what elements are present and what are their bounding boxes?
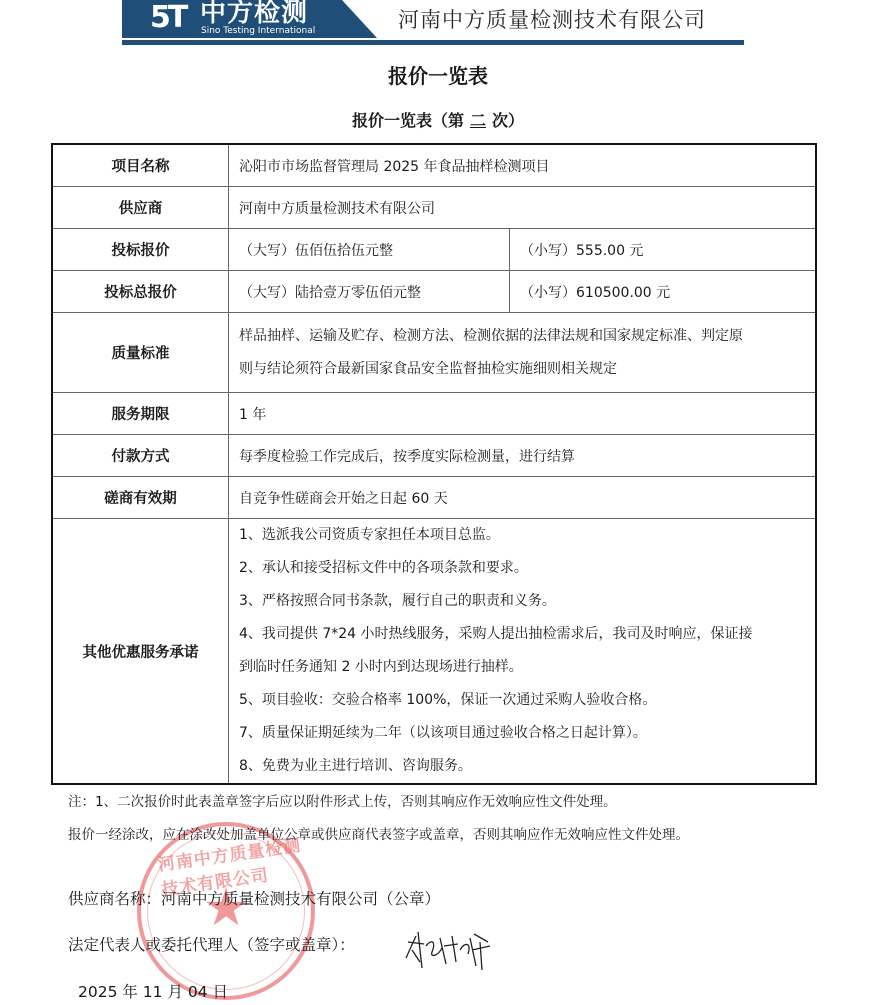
project-name-label: 项目名称 xyxy=(52,144,229,187)
promise-item: 到临时任务通知 2 小时内到达现场进行抽样。 xyxy=(239,651,805,684)
table-row-payment: 付款方式 每季度检验工作完成后，按季度实际检测量，进行结算 xyxy=(52,435,816,477)
validity-value: 自竞争性磋商会开始之日起 60 天 xyxy=(229,477,817,519)
total-price-upper: （大写）陆拾壹万零伍佰元整 xyxy=(229,271,510,313)
promise-item: 5、项目验收：交验合格率 100%，保证一次通过采购人验收合格。 xyxy=(239,684,805,717)
payment-value: 每季度检验工作完成后，按季度实际检测量，进行结算 xyxy=(229,435,817,477)
service-period-value: 1 年 xyxy=(229,393,817,435)
promise-item: 3、严格按照合同书条款，履行自己的职责和义务。 xyxy=(239,585,805,618)
project-name-value: 沁阳市市场监督管理局 2025 年食品抽样检测项目 xyxy=(229,144,817,187)
header-underline-bar xyxy=(122,40,744,45)
total-price-lower: （小写）610500.00 元 xyxy=(510,271,817,313)
representative-line: 法定代表人或委托代理人（签字或盖章）： xyxy=(68,933,355,955)
quality-standard-label: 质量标准 xyxy=(52,313,229,393)
signature-date: 2025 年 11 月 04 日 xyxy=(78,980,228,1002)
handwritten-signature-icon xyxy=(402,928,494,970)
bid-price-label: 投标报价 xyxy=(52,229,229,271)
service-period-label: 服务期限 xyxy=(52,393,229,435)
supplier-value: 河南中方质量检测技术有限公司 xyxy=(229,187,817,229)
header-company-name: 河南中方质量检测技术有限公司 xyxy=(398,4,706,34)
bid-price-lower: （小写）555.00 元 xyxy=(510,229,817,271)
total-price-label: 投标总报价 xyxy=(52,271,229,313)
quote-round: 二 xyxy=(464,111,492,130)
table-row-validity: 磋商有效期 自竞争性磋商会开始之日起 60 天 xyxy=(52,477,816,519)
table-row-supplier: 供应商 河南中方质量检测技术有限公司 xyxy=(52,187,816,229)
promise-item: 8、免费为业主进行培训、咨询服务。 xyxy=(239,750,805,783)
promise-item: 7、质量保证期延续为二年（以该项目通过验收合格之日起计算）。 xyxy=(239,717,805,750)
subtitle-suffix: 次） xyxy=(492,111,524,130)
quality-standard-line: 样品抽样、运输及贮存、检测方法、检测依据的法律法规和国家规定标准、判定原 xyxy=(239,320,805,353)
promises-label: 其他优惠服务承诺 xyxy=(52,519,229,785)
payment-label: 付款方式 xyxy=(52,435,229,477)
table-row-project-name: 项目名称 沁阳市市场监督管理局 2025 年食品抽样检测项目 xyxy=(52,144,816,187)
logo-english-name: Sino Testing International xyxy=(201,26,315,36)
supplier-label: 供应商 xyxy=(52,187,229,229)
promises-value: 1、选派我公司资质专家担任本项目总监。 2、承认和接受招标文件中的各项条款和要求… xyxy=(229,519,817,785)
promise-item: 2、承认和接受招标文件中的各项条款和要求。 xyxy=(239,552,805,585)
page-subtitle: 报价一览表（第二次） xyxy=(0,108,876,131)
table-row-service-period: 服务期限 1 年 xyxy=(52,393,816,435)
table-row-total-price: 投标总报价 （大写）陆拾壹万零伍佰元整 （小写）610500.00 元 xyxy=(52,271,816,313)
promise-item: 1、选派我公司资质专家担任本项目总监。 xyxy=(239,519,805,552)
company-seal: 河南中方质量检测技术有限公司 ★ xyxy=(137,822,315,1000)
promise-item: 4、我司提供 7*24 小时热线服务，采购人提出抽检需求后，我司及时响应，保证接 xyxy=(239,618,805,651)
quote-table: 项目名称 沁阳市市场监督管理局 2025 年食品抽样检测项目 供应商 河南中方质… xyxy=(51,143,817,785)
note-line-1: 注：1、二次报价时此表盖章签字后应以附件形式上传，否则其响应作无效响应性文件处理… xyxy=(68,790,617,810)
supplier-name-line: 供应商名称：河南中方质量检测技术有限公司（公章） xyxy=(68,887,440,909)
logo-chinese-name: 中方检测 xyxy=(200,0,308,28)
table-row-promises: 其他优惠服务承诺 1、选派我公司资质专家担任本项目总监。 2、承认和接受招标文件… xyxy=(52,519,816,785)
table-row-bid-price: 投标报价 （大写）伍佰伍拾伍元整 （小写）555.00 元 xyxy=(52,229,816,271)
note-line-2: 报价一经涂改，应在涂改处加盖单位公章或供应商代表签字或盖章，否则其响应作无效响应… xyxy=(68,823,689,843)
page-title: 报价一览表 xyxy=(0,60,876,89)
subtitle-prefix: 报价一览表（第 xyxy=(352,111,464,130)
table-row-quality-standard: 质量标准 样品抽样、运输及贮存、检测方法、检测依据的法律法规和国家规定标准、判定… xyxy=(52,313,816,393)
validity-label: 磋商有效期 xyxy=(52,477,229,519)
logo-icon: 5T xyxy=(150,2,194,34)
bid-price-upper: （大写）伍佰伍拾伍元整 xyxy=(229,229,510,271)
quality-standard-value: 样品抽样、运输及贮存、检测方法、检测依据的法律法规和国家规定标准、判定原 则与结… xyxy=(229,313,817,393)
quality-standard-line: 则与结论须符合最新国家食品安全监督抽检实施细则相关规定 xyxy=(239,353,805,386)
